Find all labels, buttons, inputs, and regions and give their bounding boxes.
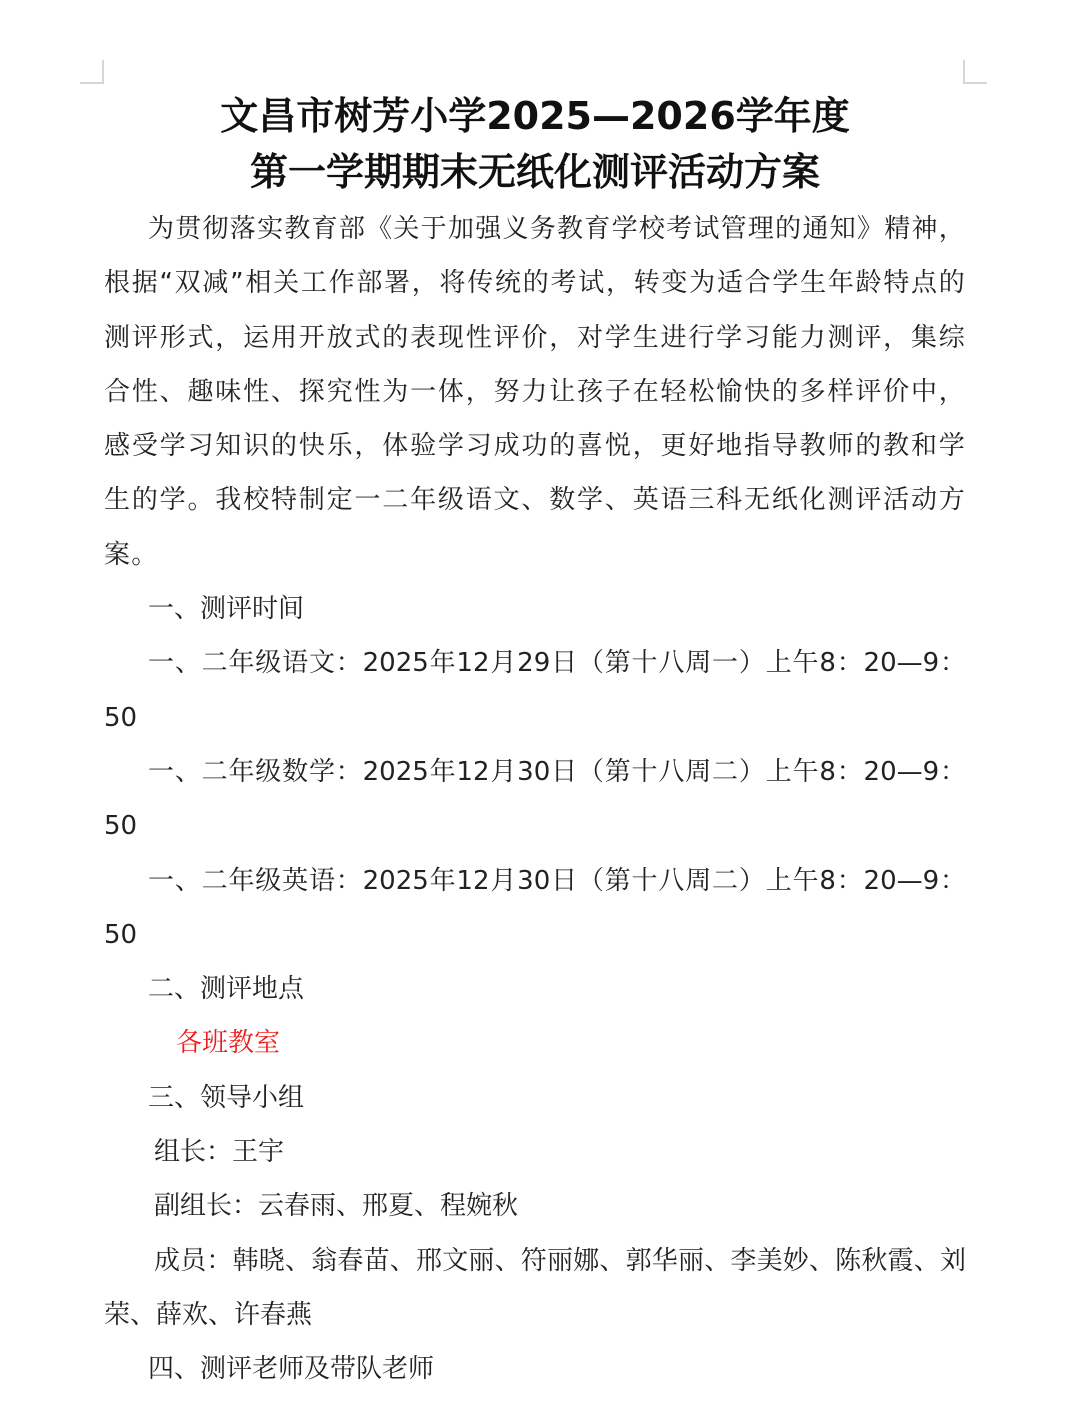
schedule-item-english: 一、二年级英语：2025年12月30日（第十八周二）上午8：20—9：50 xyxy=(104,854,966,963)
page-corner-mark-top-right xyxy=(963,60,987,84)
schedule-item-math: 一、二年级数学：2025年12月30日（第十八周二）上午8：20—9：50 xyxy=(104,745,966,854)
title-line-2: 第一学期期末无纸化测评活动方案 xyxy=(104,144,966,200)
location-value: 各班教室 xyxy=(104,1016,966,1070)
title-line-1: 文昌市树芳小学2025—2026学年度 xyxy=(104,88,966,144)
leader-line: 组长：王宇 xyxy=(104,1125,966,1179)
document-page: 文昌市树芳小学2025—2026学年度 第一学期期末无纸化测评活动方案 为贯彻落… xyxy=(104,88,966,1397)
section-heading-location: 二、测评地点 xyxy=(104,962,966,1016)
section-heading-time: 一、测评时间 xyxy=(104,582,966,636)
intro-paragraph: 为贯彻落实教育部《关于加强义务教育学校考试管理的通知》精神，根据“双减”相关工作… xyxy=(104,202,966,582)
page-corner-mark-top-left xyxy=(80,60,104,84)
deputy-leader-line: 副组长：云春雨、邢夏、程婉秋 xyxy=(104,1179,966,1233)
section-heading-leadership: 三、领导小组 xyxy=(104,1071,966,1125)
schedule-item-chinese: 一、二年级语文：2025年12月29日（第十八周一）上午8：20—9：50 xyxy=(104,636,966,745)
members-line: 成员：韩晓、翁春苗、邢文丽、符丽娜、郭华丽、李美妙、陈秋霞、刘荣、薛欢、许春燕 xyxy=(104,1234,966,1343)
document-title: 文昌市树芳小学2025—2026学年度 第一学期期末无纸化测评活动方案 xyxy=(104,88,966,200)
section-heading-teachers: 四、测评老师及带队老师 xyxy=(104,1342,966,1396)
